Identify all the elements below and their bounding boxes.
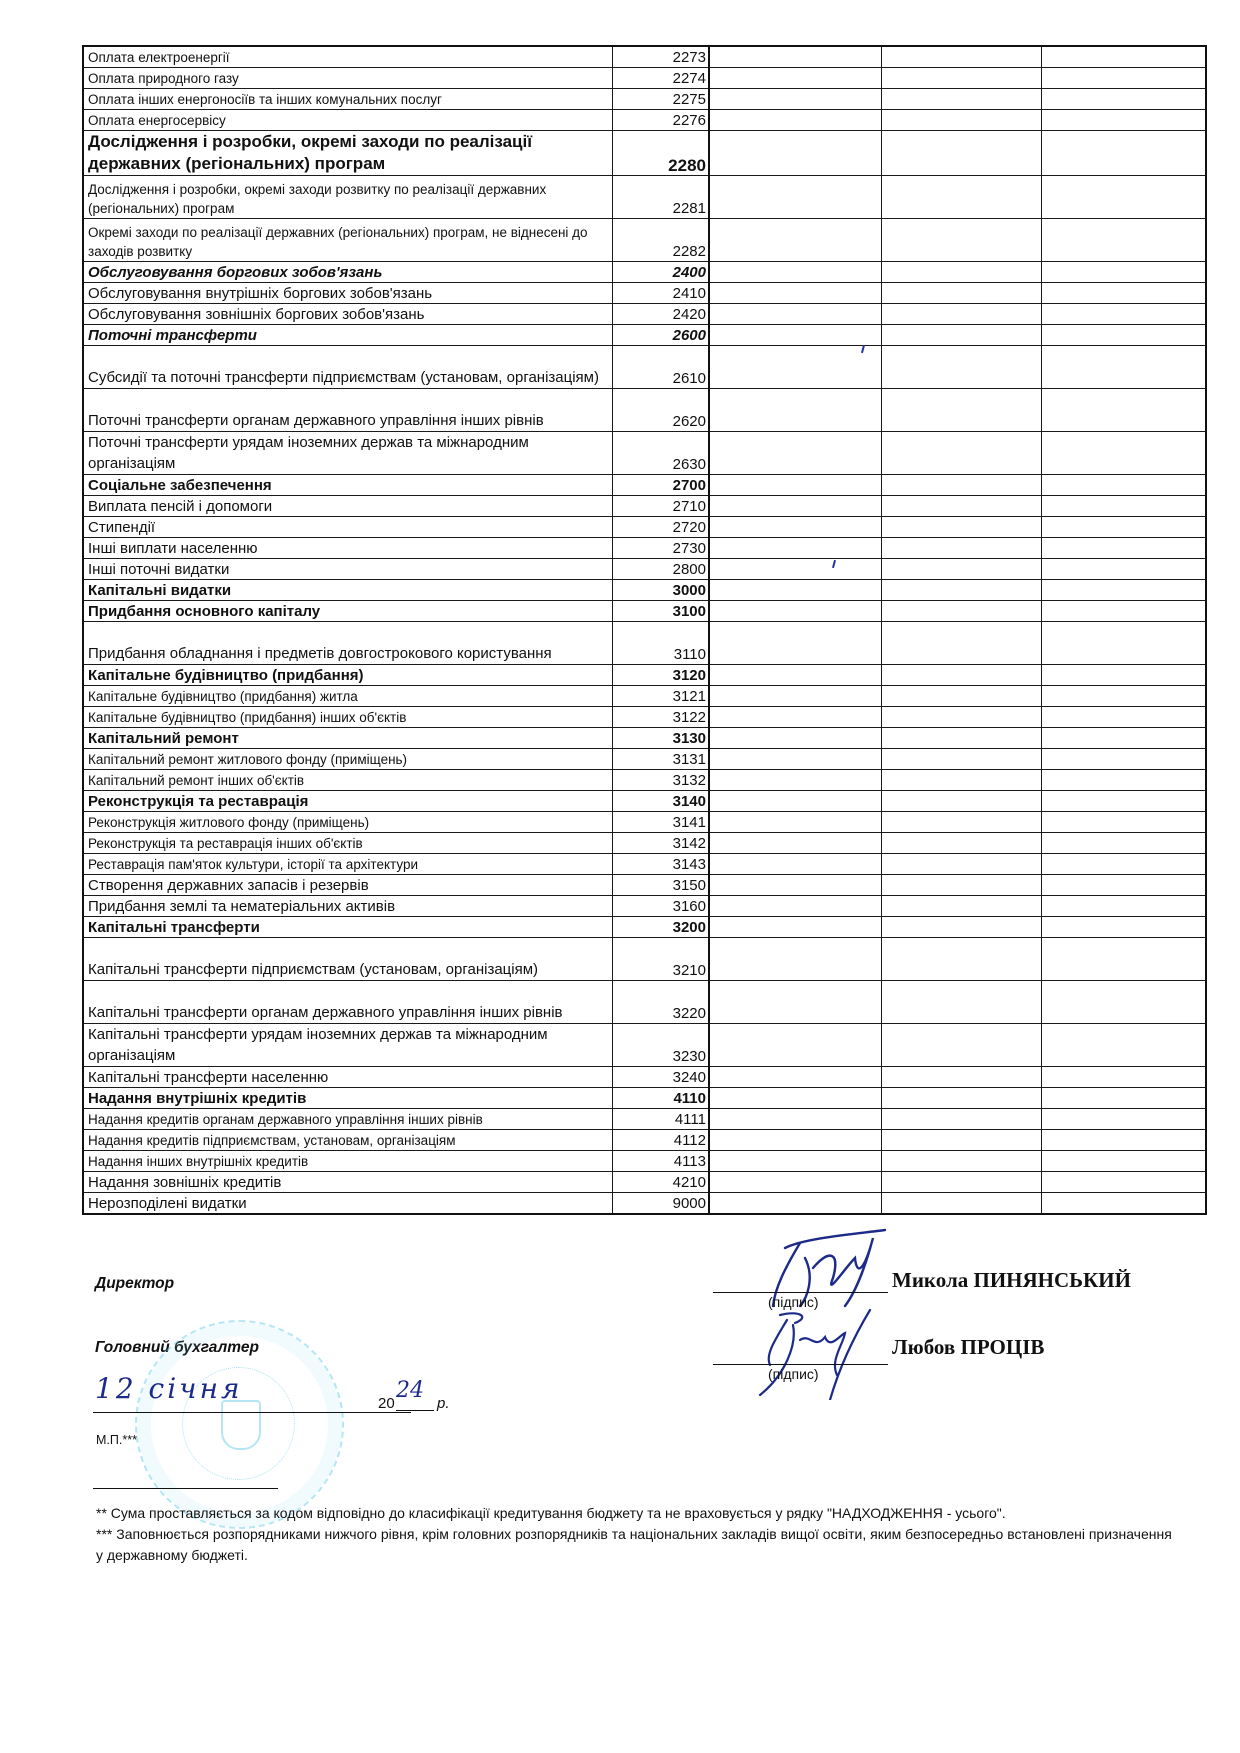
row-value-cell xyxy=(1041,917,1206,938)
row-value-cell xyxy=(709,110,881,131)
row-value-cell xyxy=(709,1172,881,1193)
row-value-cell xyxy=(709,749,881,770)
row-value-cell xyxy=(1041,707,1206,728)
row-value-cell xyxy=(709,1193,881,1215)
row-name: Реконструкція житлового фонду (приміщень… xyxy=(83,812,612,833)
row-code: 2720 xyxy=(612,517,709,538)
table-row: Обслуговування зовнішніх боргових зобов'… xyxy=(83,304,1206,325)
row-value-cell xyxy=(1041,833,1206,854)
row-value-cell xyxy=(881,219,1041,262)
expenditure-table: Оплата електроенергії2273Оплата природно… xyxy=(82,45,1207,1215)
table-row: Капітальні видатки3000 xyxy=(83,580,1206,601)
row-name: Придбання обладнання і предметів довгост… xyxy=(83,622,612,665)
row-value-cell xyxy=(1041,875,1206,896)
row-code: 2276 xyxy=(612,110,709,131)
row-value-cell xyxy=(881,389,1041,432)
table-row: Надання інших внутрішніх кредитів4113 xyxy=(83,1151,1206,1172)
row-value-cell xyxy=(1041,665,1206,686)
date-year-prefix: 20 xyxy=(378,1395,395,1412)
director-name: Микола ПИНЯНСЬКИЙ xyxy=(892,1268,1131,1293)
row-value-cell xyxy=(1041,622,1206,665)
row-value-cell xyxy=(881,432,1041,475)
row-code: 3200 xyxy=(612,917,709,938)
row-value-cell xyxy=(709,665,881,686)
row-code: 2630 xyxy=(612,432,709,475)
table-row: Реконструкція житлового фонду (приміщень… xyxy=(83,812,1206,833)
row-value-cell xyxy=(881,1151,1041,1172)
row-name: Обслуговування зовнішніх боргових зобов'… xyxy=(83,304,612,325)
row-value-cell xyxy=(881,917,1041,938)
row-code: 2610 xyxy=(612,346,709,389)
row-value-cell xyxy=(1041,304,1206,325)
date-year-suffix: р. xyxy=(437,1395,450,1412)
row-name: Капітальне будівництво (придбання) інших… xyxy=(83,707,612,728)
row-name: Реконструкція та реставрація інших об'єк… xyxy=(83,833,612,854)
row-value-cell xyxy=(1041,728,1206,749)
row-name: Нерозподілені видатки xyxy=(83,1193,612,1215)
row-value-cell xyxy=(709,325,881,346)
row-value-cell xyxy=(881,1067,1041,1088)
accountant-signature-caption: (підпис) xyxy=(768,1366,819,1382)
row-code: 2400 xyxy=(612,262,709,283)
row-code: 4112 xyxy=(612,1130,709,1151)
row-value-cell xyxy=(1041,938,1206,981)
table-row: Капітальний ремонт інших об'єктів3132 xyxy=(83,770,1206,791)
row-name: Реконструкція та реставрація xyxy=(83,791,612,812)
row-value-cell xyxy=(1041,1109,1206,1130)
row-value-cell xyxy=(881,791,1041,812)
row-name: Капітальні трансферти підприємствам (уст… xyxy=(83,938,612,981)
row-value-cell xyxy=(709,601,881,622)
footnote-1: ** Сума проставляється за кодом відповід… xyxy=(96,1503,1176,1524)
row-code: 2800 xyxy=(612,559,709,580)
table-row: Надання внутрішніх кредитів4110 xyxy=(83,1088,1206,1109)
row-value-cell xyxy=(1041,538,1206,559)
row-value-cell xyxy=(881,686,1041,707)
table-row: Реставрація пам'яток культури, історії т… xyxy=(83,854,1206,875)
table-row: Надання зовнішніх кредитів4210 xyxy=(83,1172,1206,1193)
row-value-cell xyxy=(1041,89,1206,110)
row-value-cell xyxy=(1041,346,1206,389)
row-value-cell xyxy=(881,346,1041,389)
row-code: 3240 xyxy=(612,1067,709,1088)
table-row: Капітальний ремонт житлового фонду (прим… xyxy=(83,749,1206,770)
row-value-cell xyxy=(881,325,1041,346)
row-value-cell xyxy=(1041,896,1206,917)
table-row: Дослідження і розробки, окремі заходи по… xyxy=(83,131,1206,176)
row-value-cell xyxy=(709,728,881,749)
row-name: Придбання основного капіталу xyxy=(83,601,612,622)
table-row: Капітальний ремонт3130 xyxy=(83,728,1206,749)
row-name: Створення державних запасів і резервів xyxy=(83,875,612,896)
row-name: Капітальні трансферти xyxy=(83,917,612,938)
row-code: 3150 xyxy=(612,875,709,896)
row-value-cell xyxy=(709,580,881,601)
row-value-cell xyxy=(1041,559,1206,580)
row-value-cell xyxy=(881,728,1041,749)
row-code: 3230 xyxy=(612,1024,709,1067)
date-line xyxy=(93,1412,411,1413)
row-name: Реставрація пам'яток культури, історії т… xyxy=(83,854,612,875)
row-name: Дослідження і розробки, окремі заходи по… xyxy=(83,131,612,176)
row-code: 2273 xyxy=(612,46,709,68)
row-value-cell xyxy=(709,1088,881,1109)
row-code: 4110 xyxy=(612,1088,709,1109)
row-value-cell xyxy=(1041,812,1206,833)
row-value-cell xyxy=(1041,601,1206,622)
row-value-cell xyxy=(709,389,881,432)
row-value-cell xyxy=(881,770,1041,791)
row-value-cell xyxy=(709,1067,881,1088)
row-value-cell xyxy=(1041,517,1206,538)
row-name: Надання інших внутрішніх кредитів xyxy=(83,1151,612,1172)
table-row: Придбання обладнання і предметів довгост… xyxy=(83,622,1206,665)
table-row: Оплата інших енергоносіїв та інших комун… xyxy=(83,89,1206,110)
row-name: Оплата електроенергії xyxy=(83,46,612,68)
row-name: Капітальні трансферти урядам іноземних д… xyxy=(83,1024,612,1067)
row-value-cell xyxy=(881,665,1041,686)
row-value-cell xyxy=(1041,854,1206,875)
row-name: Обслуговування внутрішніх боргових зобов… xyxy=(83,283,612,304)
row-value-cell xyxy=(881,896,1041,917)
table-row: Інші виплати населенню2730 xyxy=(83,538,1206,559)
row-value-cell xyxy=(881,1024,1041,1067)
row-value-cell xyxy=(709,283,881,304)
row-value-cell xyxy=(1041,432,1206,475)
row-name: Субсидії та поточні трансферти підприємс… xyxy=(83,346,612,389)
row-value-cell xyxy=(881,981,1041,1024)
table-row: Оплата електроенергії2273 xyxy=(83,46,1206,68)
accountant-name: Любов ПРОЦІВ xyxy=(892,1335,1044,1360)
row-value-cell xyxy=(881,833,1041,854)
row-code: 2282 xyxy=(612,219,709,262)
row-value-cell xyxy=(881,176,1041,219)
row-code: 2280 xyxy=(612,131,709,176)
row-value-cell xyxy=(881,283,1041,304)
row-value-cell xyxy=(709,812,881,833)
table-row: Поточні трансферти урядам іноземних держ… xyxy=(83,432,1206,475)
row-name: Оплата енергосервісу xyxy=(83,110,612,131)
row-code: 3000 xyxy=(612,580,709,601)
table-row: Капітальне будівництво (придбання) житла… xyxy=(83,686,1206,707)
row-value-cell xyxy=(1041,1024,1206,1067)
accountant-signature-icon xyxy=(745,1305,880,1400)
director-label: Директор xyxy=(95,1275,174,1293)
row-code: 2275 xyxy=(612,89,709,110)
row-value-cell xyxy=(881,538,1041,559)
row-value-cell xyxy=(1041,219,1206,262)
document-page: Оплата електроенергії2273Оплата природно… xyxy=(0,0,1240,1753)
row-value-cell xyxy=(709,517,881,538)
row-value-cell xyxy=(709,622,881,665)
row-value-cell xyxy=(1041,749,1206,770)
table-row: Придбання землі та нематеріальних активі… xyxy=(83,896,1206,917)
row-code: 3160 xyxy=(612,896,709,917)
table-row: Створення державних запасів і резервів31… xyxy=(83,875,1206,896)
row-value-cell xyxy=(709,432,881,475)
row-code: 3100 xyxy=(612,601,709,622)
table-row: Реконструкція та реставрація3140 xyxy=(83,791,1206,812)
row-value-cell xyxy=(1041,580,1206,601)
row-value-cell xyxy=(709,1109,881,1130)
row-value-cell xyxy=(709,875,881,896)
row-name: Окремі заходи по реалізації державних (р… xyxy=(83,219,612,262)
row-value-cell xyxy=(709,707,881,728)
row-code: 4113 xyxy=(612,1151,709,1172)
row-value-cell xyxy=(881,517,1041,538)
row-value-cell xyxy=(1041,283,1206,304)
row-value-cell xyxy=(881,1109,1041,1130)
row-name: Поточні трансферти органам державного уп… xyxy=(83,389,612,432)
table-row: Придбання основного капіталу3100 xyxy=(83,601,1206,622)
table-row: Капітальні трансферти підприємствам (уст… xyxy=(83,938,1206,981)
row-name: Капітальний ремонт інших об'єктів xyxy=(83,770,612,791)
row-code: 2274 xyxy=(612,68,709,89)
row-value-cell xyxy=(1041,496,1206,517)
row-code: 2620 xyxy=(612,389,709,432)
table-row: Надання кредитів підприємствам, установа… xyxy=(83,1130,1206,1151)
row-value-cell xyxy=(709,1130,881,1151)
row-name: Капітальні трансферти органам державного… xyxy=(83,981,612,1024)
row-value-cell xyxy=(881,854,1041,875)
row-code: 3141 xyxy=(612,812,709,833)
stamp-label: М.П.*** xyxy=(96,1433,137,1447)
row-value-cell xyxy=(881,89,1041,110)
table-row: Капітальні трансферти3200 xyxy=(83,917,1206,938)
row-name: Надання кредитів органам державного упра… xyxy=(83,1109,612,1130)
table-row: Капітальне будівництво (придбання) інших… xyxy=(83,707,1206,728)
row-value-cell xyxy=(1041,262,1206,283)
row-value-cell xyxy=(709,917,881,938)
row-value-cell xyxy=(881,601,1041,622)
date-handwritten: 12 січня xyxy=(95,1372,243,1405)
date-year-handwritten: 24 xyxy=(396,1378,424,1403)
row-code: 2600 xyxy=(612,325,709,346)
row-value-cell xyxy=(881,875,1041,896)
row-value-cell xyxy=(881,559,1041,580)
row-value-cell xyxy=(881,68,1041,89)
table-row: Капітальне будівництво (придбання)3120 xyxy=(83,665,1206,686)
row-name: Капітальне будівництво (придбання) xyxy=(83,665,612,686)
row-name: Надання зовнішніх кредитів xyxy=(83,1172,612,1193)
row-code: 3140 xyxy=(612,791,709,812)
row-value-cell xyxy=(709,496,881,517)
row-value-cell xyxy=(1041,475,1206,496)
row-value-cell xyxy=(709,833,881,854)
row-value-cell xyxy=(1041,325,1206,346)
row-code: 4210 xyxy=(612,1172,709,1193)
row-name: Надання кредитів підприємствам, установа… xyxy=(83,1130,612,1151)
table-row: Реконструкція та реставрація інших об'єк… xyxy=(83,833,1206,854)
row-value-cell xyxy=(709,219,881,262)
row-value-cell xyxy=(881,812,1041,833)
row-name: Інші поточні видатки xyxy=(83,559,612,580)
row-value-cell xyxy=(881,262,1041,283)
row-value-cell xyxy=(709,1151,881,1172)
row-name: Надання внутрішніх кредитів xyxy=(83,1088,612,1109)
table-row: Оплата природного газу2274 xyxy=(83,68,1206,89)
row-code: 3130 xyxy=(612,728,709,749)
row-value-cell xyxy=(709,131,881,176)
row-code: 3132 xyxy=(612,770,709,791)
row-code: 2710 xyxy=(612,496,709,517)
table-row: Інші поточні видатки2800 xyxy=(83,559,1206,580)
row-value-cell xyxy=(1041,176,1206,219)
row-name: Капітальне будівництво (придбання) житла xyxy=(83,686,612,707)
row-value-cell xyxy=(881,749,1041,770)
row-value-cell xyxy=(881,1172,1041,1193)
row-value-cell xyxy=(709,68,881,89)
row-name: Соціальне забезпечення xyxy=(83,475,612,496)
row-name: Поточні трансферти урядам іноземних держ… xyxy=(83,432,612,475)
row-code: 3131 xyxy=(612,749,709,770)
row-value-cell xyxy=(709,854,881,875)
row-code: 3142 xyxy=(612,833,709,854)
row-code: 3120 xyxy=(612,665,709,686)
table-row: Поточні трансферти2600 xyxy=(83,325,1206,346)
row-value-cell xyxy=(709,346,881,389)
row-value-cell xyxy=(1041,791,1206,812)
table-row: Обслуговування боргових зобов'язань2400 xyxy=(83,262,1206,283)
row-value-cell xyxy=(709,46,881,68)
table-row: Оплата енергосервісу2276 xyxy=(83,110,1206,131)
row-value-cell xyxy=(881,622,1041,665)
row-value-cell xyxy=(709,686,881,707)
row-value-cell xyxy=(709,475,881,496)
row-code: 2700 xyxy=(612,475,709,496)
row-code: 2410 xyxy=(612,283,709,304)
row-name: Капітальні трансферти населенню xyxy=(83,1067,612,1088)
row-value-cell xyxy=(1041,1130,1206,1151)
row-value-cell xyxy=(881,1130,1041,1151)
row-value-cell xyxy=(709,770,881,791)
table-row: Окремі заходи по реалізації державних (р… xyxy=(83,219,1206,262)
row-value-cell xyxy=(709,938,881,981)
table-row: Субсидії та поточні трансферти підприємс… xyxy=(83,346,1206,389)
row-name: Оплата природного газу xyxy=(83,68,612,89)
row-value-cell xyxy=(709,262,881,283)
row-value-cell xyxy=(1041,981,1206,1024)
row-value-cell xyxy=(881,131,1041,176)
row-code: 3143 xyxy=(612,854,709,875)
row-value-cell xyxy=(881,1088,1041,1109)
row-name: Поточні трансферти xyxy=(83,325,612,346)
row-value-cell xyxy=(709,896,881,917)
row-value-cell xyxy=(709,538,881,559)
row-value-cell xyxy=(709,1024,881,1067)
row-code: 3220 xyxy=(612,981,709,1024)
row-value-cell xyxy=(709,791,881,812)
row-value-cell xyxy=(1041,770,1206,791)
row-code: 3122 xyxy=(612,707,709,728)
row-value-cell xyxy=(881,304,1041,325)
row-value-cell xyxy=(709,559,881,580)
year-line xyxy=(396,1410,434,1411)
row-value-cell xyxy=(1041,110,1206,131)
stamp-line xyxy=(93,1488,278,1489)
row-value-cell xyxy=(709,981,881,1024)
row-value-cell xyxy=(881,475,1041,496)
row-value-cell xyxy=(1041,1172,1206,1193)
table-row: Нерозподілені видатки9000 xyxy=(83,1193,1206,1215)
row-name: Стипендії xyxy=(83,517,612,538)
row-name: Дослідження і розробки, окремі заходи ро… xyxy=(83,176,612,219)
row-value-cell xyxy=(881,938,1041,981)
row-value-cell xyxy=(1041,1067,1206,1088)
row-value-cell xyxy=(1041,1088,1206,1109)
row-value-cell xyxy=(881,1193,1041,1215)
row-name: Капітальний ремонт житлового фонду (прим… xyxy=(83,749,612,770)
row-value-cell xyxy=(881,707,1041,728)
row-name: Капітальні видатки xyxy=(83,580,612,601)
row-code: 9000 xyxy=(612,1193,709,1215)
row-value-cell xyxy=(709,304,881,325)
row-value-cell xyxy=(881,110,1041,131)
row-name: Виплата пенсій і допомоги xyxy=(83,496,612,517)
row-name: Оплата інших енергоносіїв та інших комун… xyxy=(83,89,612,110)
director-signature-line xyxy=(713,1292,888,1293)
row-code: 2281 xyxy=(612,176,709,219)
row-code: 2420 xyxy=(612,304,709,325)
table-body: Оплата електроенергії2273Оплата природно… xyxy=(83,46,1206,1214)
table-row: Обслуговування внутрішніх боргових зобов… xyxy=(83,283,1206,304)
accountant-signature-line xyxy=(713,1364,888,1365)
row-value-cell xyxy=(709,176,881,219)
row-value-cell xyxy=(881,496,1041,517)
row-name: Інші виплати населенню xyxy=(83,538,612,559)
official-stamp xyxy=(135,1320,344,1529)
row-code: 3210 xyxy=(612,938,709,981)
table-row: Стипендії2720 xyxy=(83,517,1206,538)
row-value-cell xyxy=(881,580,1041,601)
table-row: Соціальне забезпечення2700 xyxy=(83,475,1206,496)
row-value-cell xyxy=(881,46,1041,68)
row-value-cell xyxy=(1041,686,1206,707)
trident-icon xyxy=(221,1400,261,1450)
table-row: Капітальні трансферти органам державного… xyxy=(83,981,1206,1024)
row-value-cell xyxy=(1041,1151,1206,1172)
table-row: Дослідження і розробки, окремі заходи ро… xyxy=(83,176,1206,219)
table-row: Капітальні трансферти урядам іноземних д… xyxy=(83,1024,1206,1067)
footnote-2: *** Заповнюється розпорядниками нижчого … xyxy=(96,1524,1176,1566)
table-row: Надання кредитів органам державного упра… xyxy=(83,1109,1206,1130)
row-value-cell xyxy=(1041,131,1206,176)
row-name: Капітальний ремонт xyxy=(83,728,612,749)
table-row: Виплата пенсій і допомоги2710 xyxy=(83,496,1206,517)
row-value-cell xyxy=(1041,46,1206,68)
row-name: Придбання землі та нематеріальних активі… xyxy=(83,896,612,917)
table-row: Поточні трансферти органам державного уп… xyxy=(83,389,1206,432)
table-row: Капітальні трансферти населенню3240 xyxy=(83,1067,1206,1088)
row-code: 3110 xyxy=(612,622,709,665)
row-value-cell xyxy=(709,89,881,110)
row-value-cell xyxy=(1041,68,1206,89)
row-name: Обслуговування боргових зобов'язань xyxy=(83,262,612,283)
row-code: 2730 xyxy=(612,538,709,559)
row-value-cell xyxy=(1041,1193,1206,1215)
row-code: 3121 xyxy=(612,686,709,707)
row-value-cell xyxy=(1041,389,1206,432)
row-code: 4111 xyxy=(612,1109,709,1130)
